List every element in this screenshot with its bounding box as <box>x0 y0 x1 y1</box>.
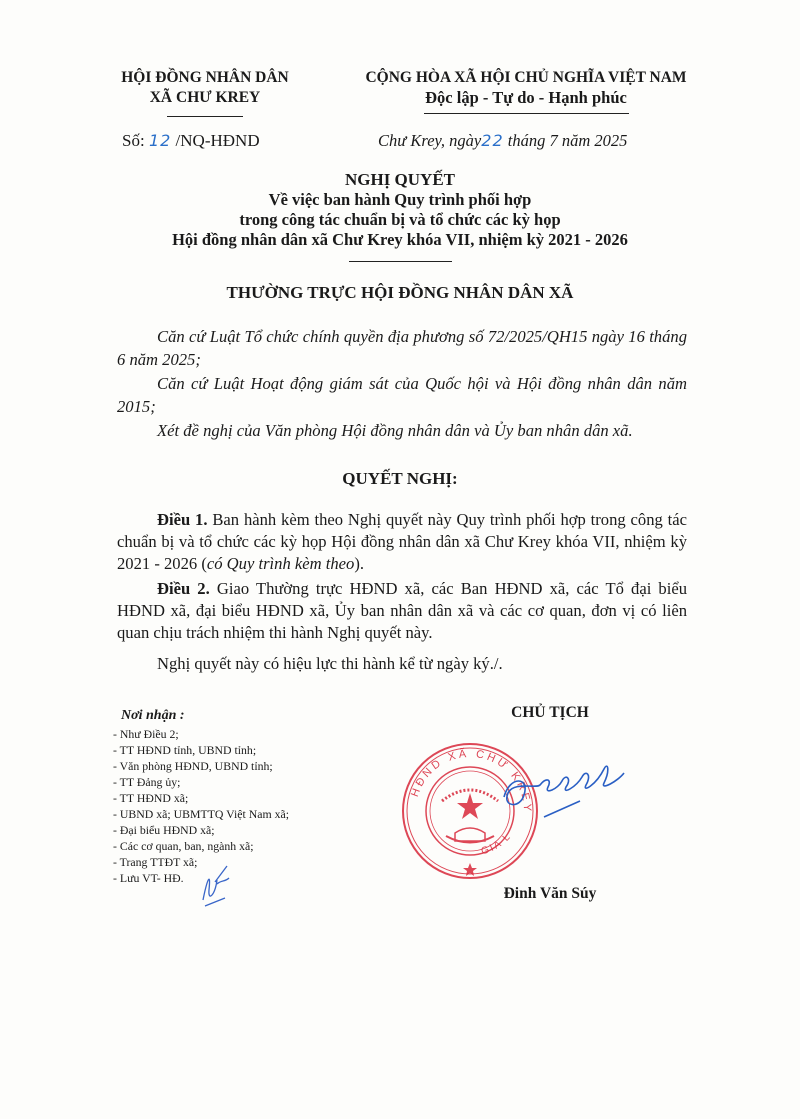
issuing-body: THƯỜNG TRỰC HỘI ĐỒNG NHÂN DÂN XÃ <box>100 283 700 303</box>
recipient-item: - UBND xã; UBMTTQ Việt Nam xã; <box>113 806 289 822</box>
recipient-item: - Văn phòng HĐND, UBND tỉnh; <box>113 758 289 774</box>
document-subject: Về việc ban hành Quy trình phối hợp tron… <box>100 190 700 250</box>
recipient-item: - TT HĐND tỉnh, UBND tỉnh; <box>113 742 289 758</box>
national-title-line1: CỘNG HÒA XÃ HỘI CHỦ NGHĨA VIỆT NAM <box>352 68 700 88</box>
header-right-rule <box>424 113 629 114</box>
effective-text: Nghị quyết này có hiệu lực thi hành kể t… <box>157 654 503 673</box>
number-suffix: /NQ-HĐND <box>176 131 260 150</box>
number-prefix: Số: <box>122 131 145 150</box>
decision-heading: QUYẾT NGHỊ: <box>100 469 700 489</box>
header-left-rule <box>167 116 243 117</box>
preamble-2: Căn cứ Luật Hoạt động giám sát của Quốc … <box>117 372 687 418</box>
handwritten-number: 12 <box>149 131 171 150</box>
preamble-text: Căn cứ Luật Hoạt động giám sát của Quốc … <box>117 374 687 416</box>
subject-line: Về việc ban hành Quy trình phối hợp <box>100 190 700 210</box>
preamble-text: Căn cứ Luật Tổ chức chính quyền địa phươ… <box>117 327 687 369</box>
document-number: Số: 12 /NQ-HĐND <box>122 131 260 151</box>
date-prefix: Chư Krey, ngày <box>378 131 481 150</box>
recipients-heading: Nơi nhận : <box>121 708 289 724</box>
signer-title: CHỦ TỊCH <box>480 704 620 722</box>
article-tail: ). <box>354 554 364 573</box>
recipient-item: - TT HĐND xã; <box>113 790 289 806</box>
recipient-item: - Các cơ quan, ban, ngành xã; <box>113 838 289 854</box>
national-title: CỘNG HÒA XÃ HỘI CHỦ NGHĨA VIỆT NAM Độc l… <box>352 68 700 108</box>
signer-name: Đinh Văn Súy <box>460 885 640 903</box>
issuer-agency-line1: HỘI ĐỒNG NHÂN DÂN <box>112 68 298 88</box>
document-date: Chư Krey, ngày22 tháng 7 năm 2025 <box>378 131 627 151</box>
handwritten-day: 22 <box>481 131 503 150</box>
article-italic: có Quy trình kèm theo <box>207 554 354 573</box>
issuer-agency-line2: XÃ CHƯ KREY <box>112 88 298 108</box>
article-label: Điều 2. <box>157 579 210 598</box>
article-label: Điều 1. <box>157 510 208 529</box>
subject-rule <box>349 261 452 262</box>
issuer-agency: HỘI ĐỒNG NHÂN DÂN XÃ CHƯ KREY <box>112 68 298 108</box>
preamble-1: Căn cứ Luật Tổ chức chính quyền địa phươ… <box>117 325 687 371</box>
subject-line: trong công tác chuẩn bị và tổ chức các k… <box>100 210 700 230</box>
article-2: Điều 2. Giao Thường trực HĐND xã, các Ba… <box>117 578 687 644</box>
handwritten-signature-icon <box>500 755 630 825</box>
subject-line: Hội đồng nhân dân xã Chư Krey khóa VII, … <box>100 230 700 250</box>
document-type: NGHỊ QUYẾT <box>100 170 700 190</box>
preamble-3: Xét đề nghị của Văn phòng Hội đồng nhân … <box>117 419 687 442</box>
preamble-text: Xét đề nghị của Văn phòng Hội đồng nhân … <box>157 421 633 440</box>
recipient-item: - Như Điều 2; <box>113 726 289 742</box>
recipient-item: - TT Đảng ủy; <box>113 774 289 790</box>
article-1: Điều 1. Ban hành kèm theo Nghị quyết này… <box>117 509 687 575</box>
date-suffix: tháng 7 năm 2025 <box>508 131 628 150</box>
initials-mark-icon <box>195 860 235 910</box>
recipient-item: - Đại biểu HĐND xã; <box>113 822 289 838</box>
effective-clause: Nghị quyết này có hiệu lực thi hành kể t… <box>117 652 687 675</box>
national-motto: Độc lập - Tự do - Hạnh phúc <box>352 88 700 108</box>
